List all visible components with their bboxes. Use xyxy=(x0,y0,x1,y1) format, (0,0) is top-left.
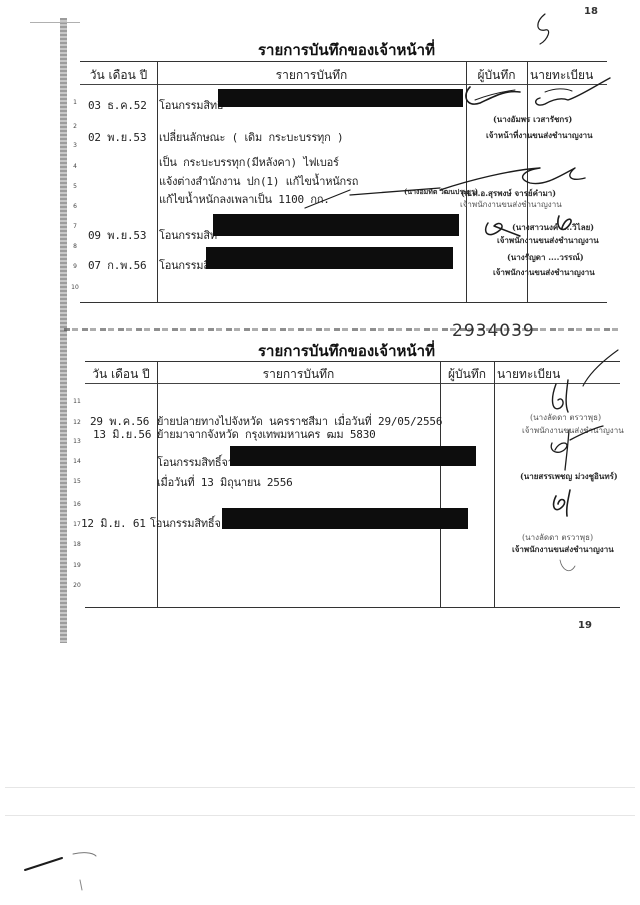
header-registrar: นายทะเบียน xyxy=(494,365,623,384)
entry-date: 12 มิ.ย. 61 xyxy=(81,514,146,532)
entry-text: เปลี่ยนลักษณะ ( เดิม กระบะบรรทุก ) xyxy=(159,128,343,146)
entry-text: โอนกรรมสิทธิ์จ xyxy=(150,514,221,532)
entry-date: 07 ก.พ.56 xyxy=(88,256,146,274)
redaction-bar xyxy=(222,508,468,529)
line-number: 2 xyxy=(68,123,82,130)
page-number-top: 18 xyxy=(584,6,598,17)
header-recorder: ผู้บันทึก xyxy=(440,365,494,384)
line-number: 14 xyxy=(70,458,84,465)
bottom-col-divider-2 xyxy=(440,361,441,607)
top-sheet-title: รายการบันทึกของเจ้าหน้าที่ xyxy=(258,38,435,62)
entry-date: 09 พ.ย.53 xyxy=(88,226,146,244)
signature-title: เจ้าพนักงานขนส่งชำนาญงาน xyxy=(497,234,599,247)
entry-text: โอนกรรมสิทธิ์จา xyxy=(157,453,234,471)
bottom-sheet-title: รายการบันทึกของเจ้าหน้าที่ xyxy=(258,339,435,363)
signature-name: (นางอมทิต วัฒนประยูร) xyxy=(404,187,478,198)
line-number: 5 xyxy=(68,183,82,190)
line-number: 13 xyxy=(70,438,84,445)
entry-text: เมื่อวันที่ 13 มิถุนายน 2556 xyxy=(157,473,293,491)
line-number: 7 xyxy=(68,223,82,230)
line-number: 9 xyxy=(68,263,82,270)
redaction-bar xyxy=(218,89,463,107)
serial-number: 2934039 xyxy=(452,321,535,341)
entry-text: แก้ไขน้ำหนักลงเพลาเป็น 1100 กก. xyxy=(159,190,330,208)
entry-text: แจ้งต่างสำนักงาน ปก(1) แก้ไขน้ำหนักรถ xyxy=(159,172,358,190)
redaction-bar xyxy=(206,247,453,269)
line-number: 1 xyxy=(68,99,82,106)
security-print-strip xyxy=(64,328,620,331)
entry-text: โอนกรรมสิท xyxy=(159,226,217,244)
line-number: 4 xyxy=(68,163,82,170)
page-number-bottom: 19 xyxy=(578,620,592,631)
line-number: 18 xyxy=(70,541,84,548)
signature-title: เจ้าพนักงานขนส่งชำนาญงาน xyxy=(522,424,624,437)
line-number: 20 xyxy=(70,582,84,589)
entry-date: 02 พ.ย.53 xyxy=(88,128,146,146)
line-number: 11 xyxy=(70,398,84,405)
scan-artifact-line xyxy=(5,815,635,816)
entry-text: โอนกรรมสิทธิ์ xyxy=(159,96,223,114)
scan-artifact-line xyxy=(5,787,635,788)
signature-title: เจ้าพนักงานขนส่งชำนาญงาน xyxy=(460,198,562,211)
entry-date: 03 ธ.ค.52 xyxy=(88,96,147,114)
line-number: 19 xyxy=(70,562,84,569)
scan-artifact xyxy=(30,22,80,23)
line-number: 15 xyxy=(70,478,84,485)
entry-date: 13 มิ.ย.56 xyxy=(93,425,151,443)
header-entry: รายการบันทึก xyxy=(157,365,440,384)
line-number: 16 xyxy=(70,501,84,508)
signature-name: (นางอัมพร เวสารัชกร) xyxy=(493,113,572,126)
entry-text: โอนกรรมสิ xyxy=(159,256,210,274)
header-date: วัน เดือน ปี xyxy=(80,66,157,85)
redaction-bar xyxy=(213,214,459,236)
redaction-bar xyxy=(230,446,476,466)
signature-name: (นางสาวนงค์ ....วิไลย) xyxy=(512,221,594,234)
line-number: 3 xyxy=(68,142,82,149)
signature-title: เจ้าพนักงานขนส่งชำนาญงาน xyxy=(493,266,595,279)
top-col-divider-2 xyxy=(466,61,467,302)
signature-title: เจ้าหน้าที่งานขนส่งชำนาญงาน xyxy=(486,129,593,142)
line-number: 8 xyxy=(68,243,82,250)
header-date: วัน เดือน ปี xyxy=(85,365,157,384)
scanned-document-page: 18 รายการบันทึกของเจ้าหน้าที่ วัน เดือน … xyxy=(0,0,640,905)
entry-text: ย้ายมาจากจังหวัด กรุงเทพมหานคร ฒม 5830 xyxy=(157,425,376,443)
entry-text: เป็น กระบะบรรทุก(มีหลังคา) ไฟเบอร์ xyxy=(159,153,339,171)
line-number: 6 xyxy=(68,203,82,210)
signature-name: (นายสรรเพชญ ม่วงชูอินทร์) xyxy=(520,470,618,483)
line-number: 10 xyxy=(68,284,82,291)
signature-name: (นางรัญดา ....วรรณ์) xyxy=(507,251,584,264)
header-entry: รายการบันทึก xyxy=(157,66,466,85)
signature-name: (นางลัดดา ตรวาพุธ) xyxy=(530,411,601,424)
header-recorder: ผู้บันทึก xyxy=(466,66,527,85)
signature-title: เจ้าพนักงานขนส่งชำนาญงาน xyxy=(512,543,614,556)
bottom-col-divider-3 xyxy=(494,361,495,607)
line-number: 12 xyxy=(70,419,84,426)
header-registrar: นายทะเบียน xyxy=(527,66,610,85)
